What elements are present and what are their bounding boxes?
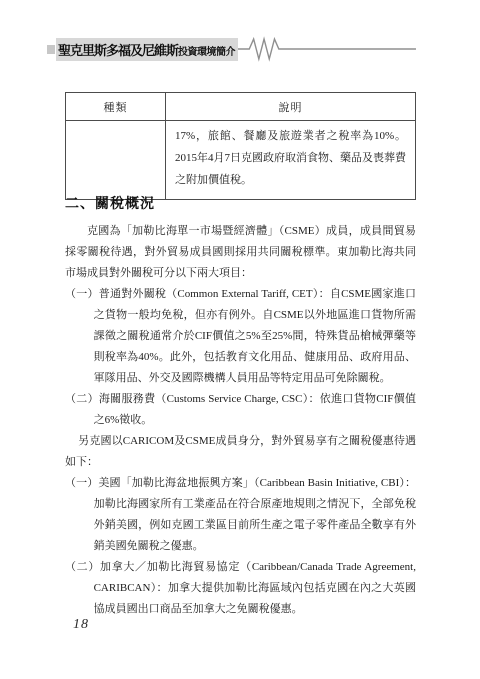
document-page: 聖克里斯多福及尼維斯投資環境簡介 種類 說明 17%，旅館、餐廳及旅遊業者之稅率… [0, 0, 480, 679]
header-title-chip: 聖克里斯多福及尼維斯投資環境簡介 [56, 38, 238, 61]
table-cell-description: 17%，旅館、餐廳及旅遊業者之稅率為10%。2015年4月7日克國政府取消食物、… [166, 121, 416, 200]
tariff-item-2: （二）海關服務費（Customs Service Charge, CSC）：依進… [65, 389, 416, 431]
table-cell-type [66, 121, 166, 200]
table-row: 17%，旅館、餐廳及旅遊業者之稅率為10%。2015年4月7日克國政府取消食物、… [66, 121, 416, 200]
section-heading: 二、關稅概況 [65, 193, 155, 213]
zigzag-rule-icon [238, 36, 416, 62]
table-header-type: 種類 [66, 93, 166, 121]
preference-item-1: （一）美國「加勒比海盆地振興方案」（Caribbean Basin Initia… [65, 473, 416, 557]
header-title-main: 聖克里斯多福及尼維斯 [58, 40, 178, 59]
page-number: 18 [73, 617, 89, 633]
preference-item-2: （二）加拿大／加勒比海貿易協定（Caribbean/Canada Trade A… [65, 557, 416, 620]
page-header: 聖克里斯多福及尼維斯投資環境簡介 [47, 38, 416, 60]
tax-table: 種類 說明 17%，旅館、餐廳及旅遊業者之稅率為10%。2015年4月7日克國政… [65, 92, 416, 200]
preference-intro-paragraph: 另克國以CARICOM及CSME成員身分，對外貿易享有之關稅優惠待遇如下： [65, 431, 416, 473]
table-header-row: 種類 說明 [66, 93, 416, 121]
intro-paragraph: 克國為「加勒比海單一市場暨經濟體」（CSME）成員，成員間貿易採零關稅待遇，對外… [65, 221, 416, 284]
table-header-description: 說明 [166, 93, 416, 121]
tariff-item-1: （一）普通對外關稅（Common External Tariff, CET）：自… [65, 284, 416, 389]
section-body: 克國為「加勒比海單一市場暨經濟體」（CSME）成員，成員間貿易採零關稅待遇，對外… [65, 221, 416, 620]
bullet-square-icon [47, 45, 55, 54]
header-title-sub: 投資環境簡介 [178, 43, 235, 58]
